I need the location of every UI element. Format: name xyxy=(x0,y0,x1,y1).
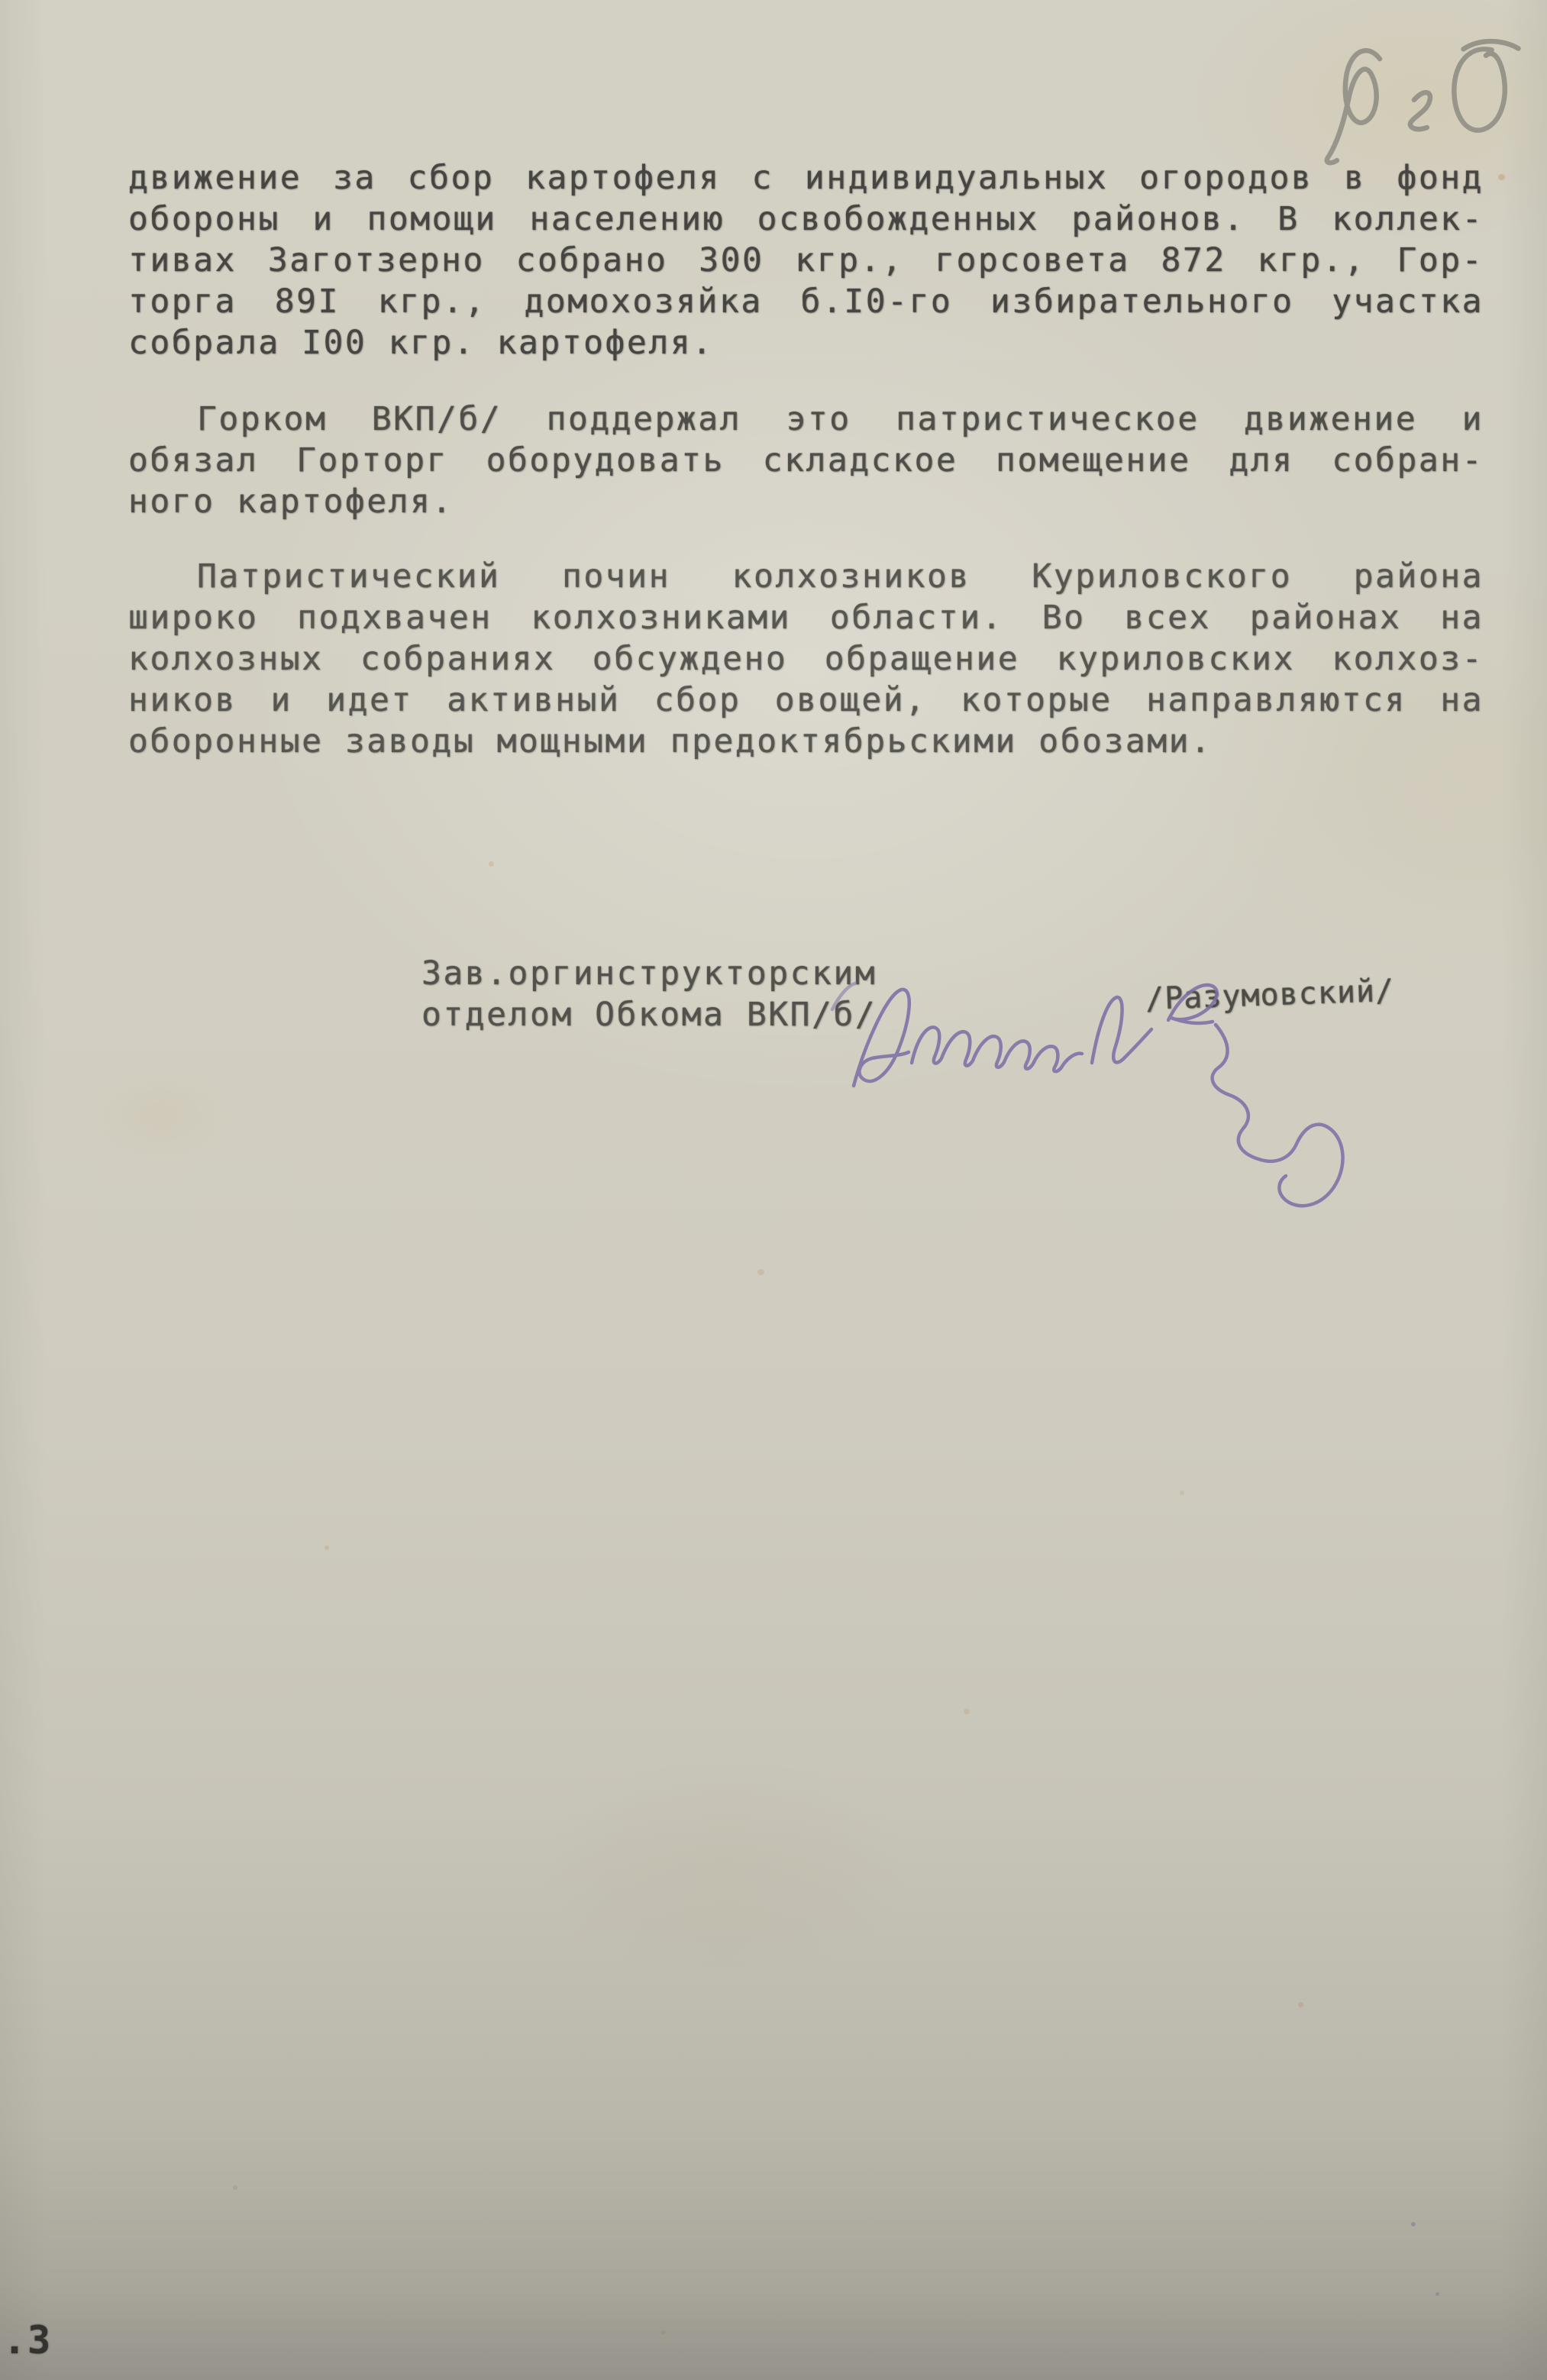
paragraph-3: Патристический почин колхозников Курилов… xyxy=(128,556,1484,762)
text-line: оборонные заводы мощными предоктябрьским… xyxy=(128,721,1484,762)
footer-archive-mark: .3 xyxy=(3,2320,52,2361)
text-line: обороны и помощи населению освобожденных… xyxy=(128,199,1484,240)
ink-fleck xyxy=(1436,2292,1439,2296)
scanned-document-page: 250 движение за сбор картофеля с индивид… xyxy=(0,0,1547,2380)
foxing-speck xyxy=(1298,2002,1303,2007)
text-line: ников и идет активный сбор овощей, котор… xyxy=(128,680,1484,721)
foxing-speck xyxy=(660,2330,666,2335)
foxing-speck xyxy=(233,2185,237,2190)
text-line: торга 89I кгр., домохозяйка б.I0-го изби… xyxy=(128,281,1484,322)
foxing-speck xyxy=(489,861,494,867)
text-line: ного картофеля. xyxy=(128,481,1484,522)
text-line: обязал Горторг оборудовать складское пом… xyxy=(128,440,1484,481)
paragraph-2: Горком ВКП/б/ поддержал это патристическ… xyxy=(128,399,1484,522)
text-line: движение за сбор картофеля с индивидуаль… xyxy=(128,157,1484,199)
ink-fleck xyxy=(1411,2222,1416,2227)
foxing-speck xyxy=(757,1269,764,1275)
ink-signature-drawing xyxy=(809,947,1436,1252)
text-line: Горком ВКП/б/ поддержал это патристическ… xyxy=(128,399,1484,440)
foxing-speck xyxy=(325,1545,329,1550)
text-line: колхозных собраниях обсуждено обращение … xyxy=(128,638,1484,680)
paragraph-1: движение за сбор картофеля с индивидуаль… xyxy=(128,157,1484,363)
text-line: собрала I00 кгр. картофеля. xyxy=(128,322,1484,363)
text-line: Патристический почин колхозников Курилов… xyxy=(128,556,1484,597)
text-line: широко подхвачен колхозниками области. В… xyxy=(128,597,1484,638)
foxing-speck xyxy=(964,1709,970,1714)
paper-stain xyxy=(92,1069,229,1161)
paper-stain xyxy=(535,1756,916,1985)
text-line: тивах Заготзерно собрано 300 кгр., горсо… xyxy=(128,240,1484,281)
handwritten-signature: А.Разумовский xyxy=(809,947,1436,1252)
foxing-speck xyxy=(1180,1490,1184,1495)
